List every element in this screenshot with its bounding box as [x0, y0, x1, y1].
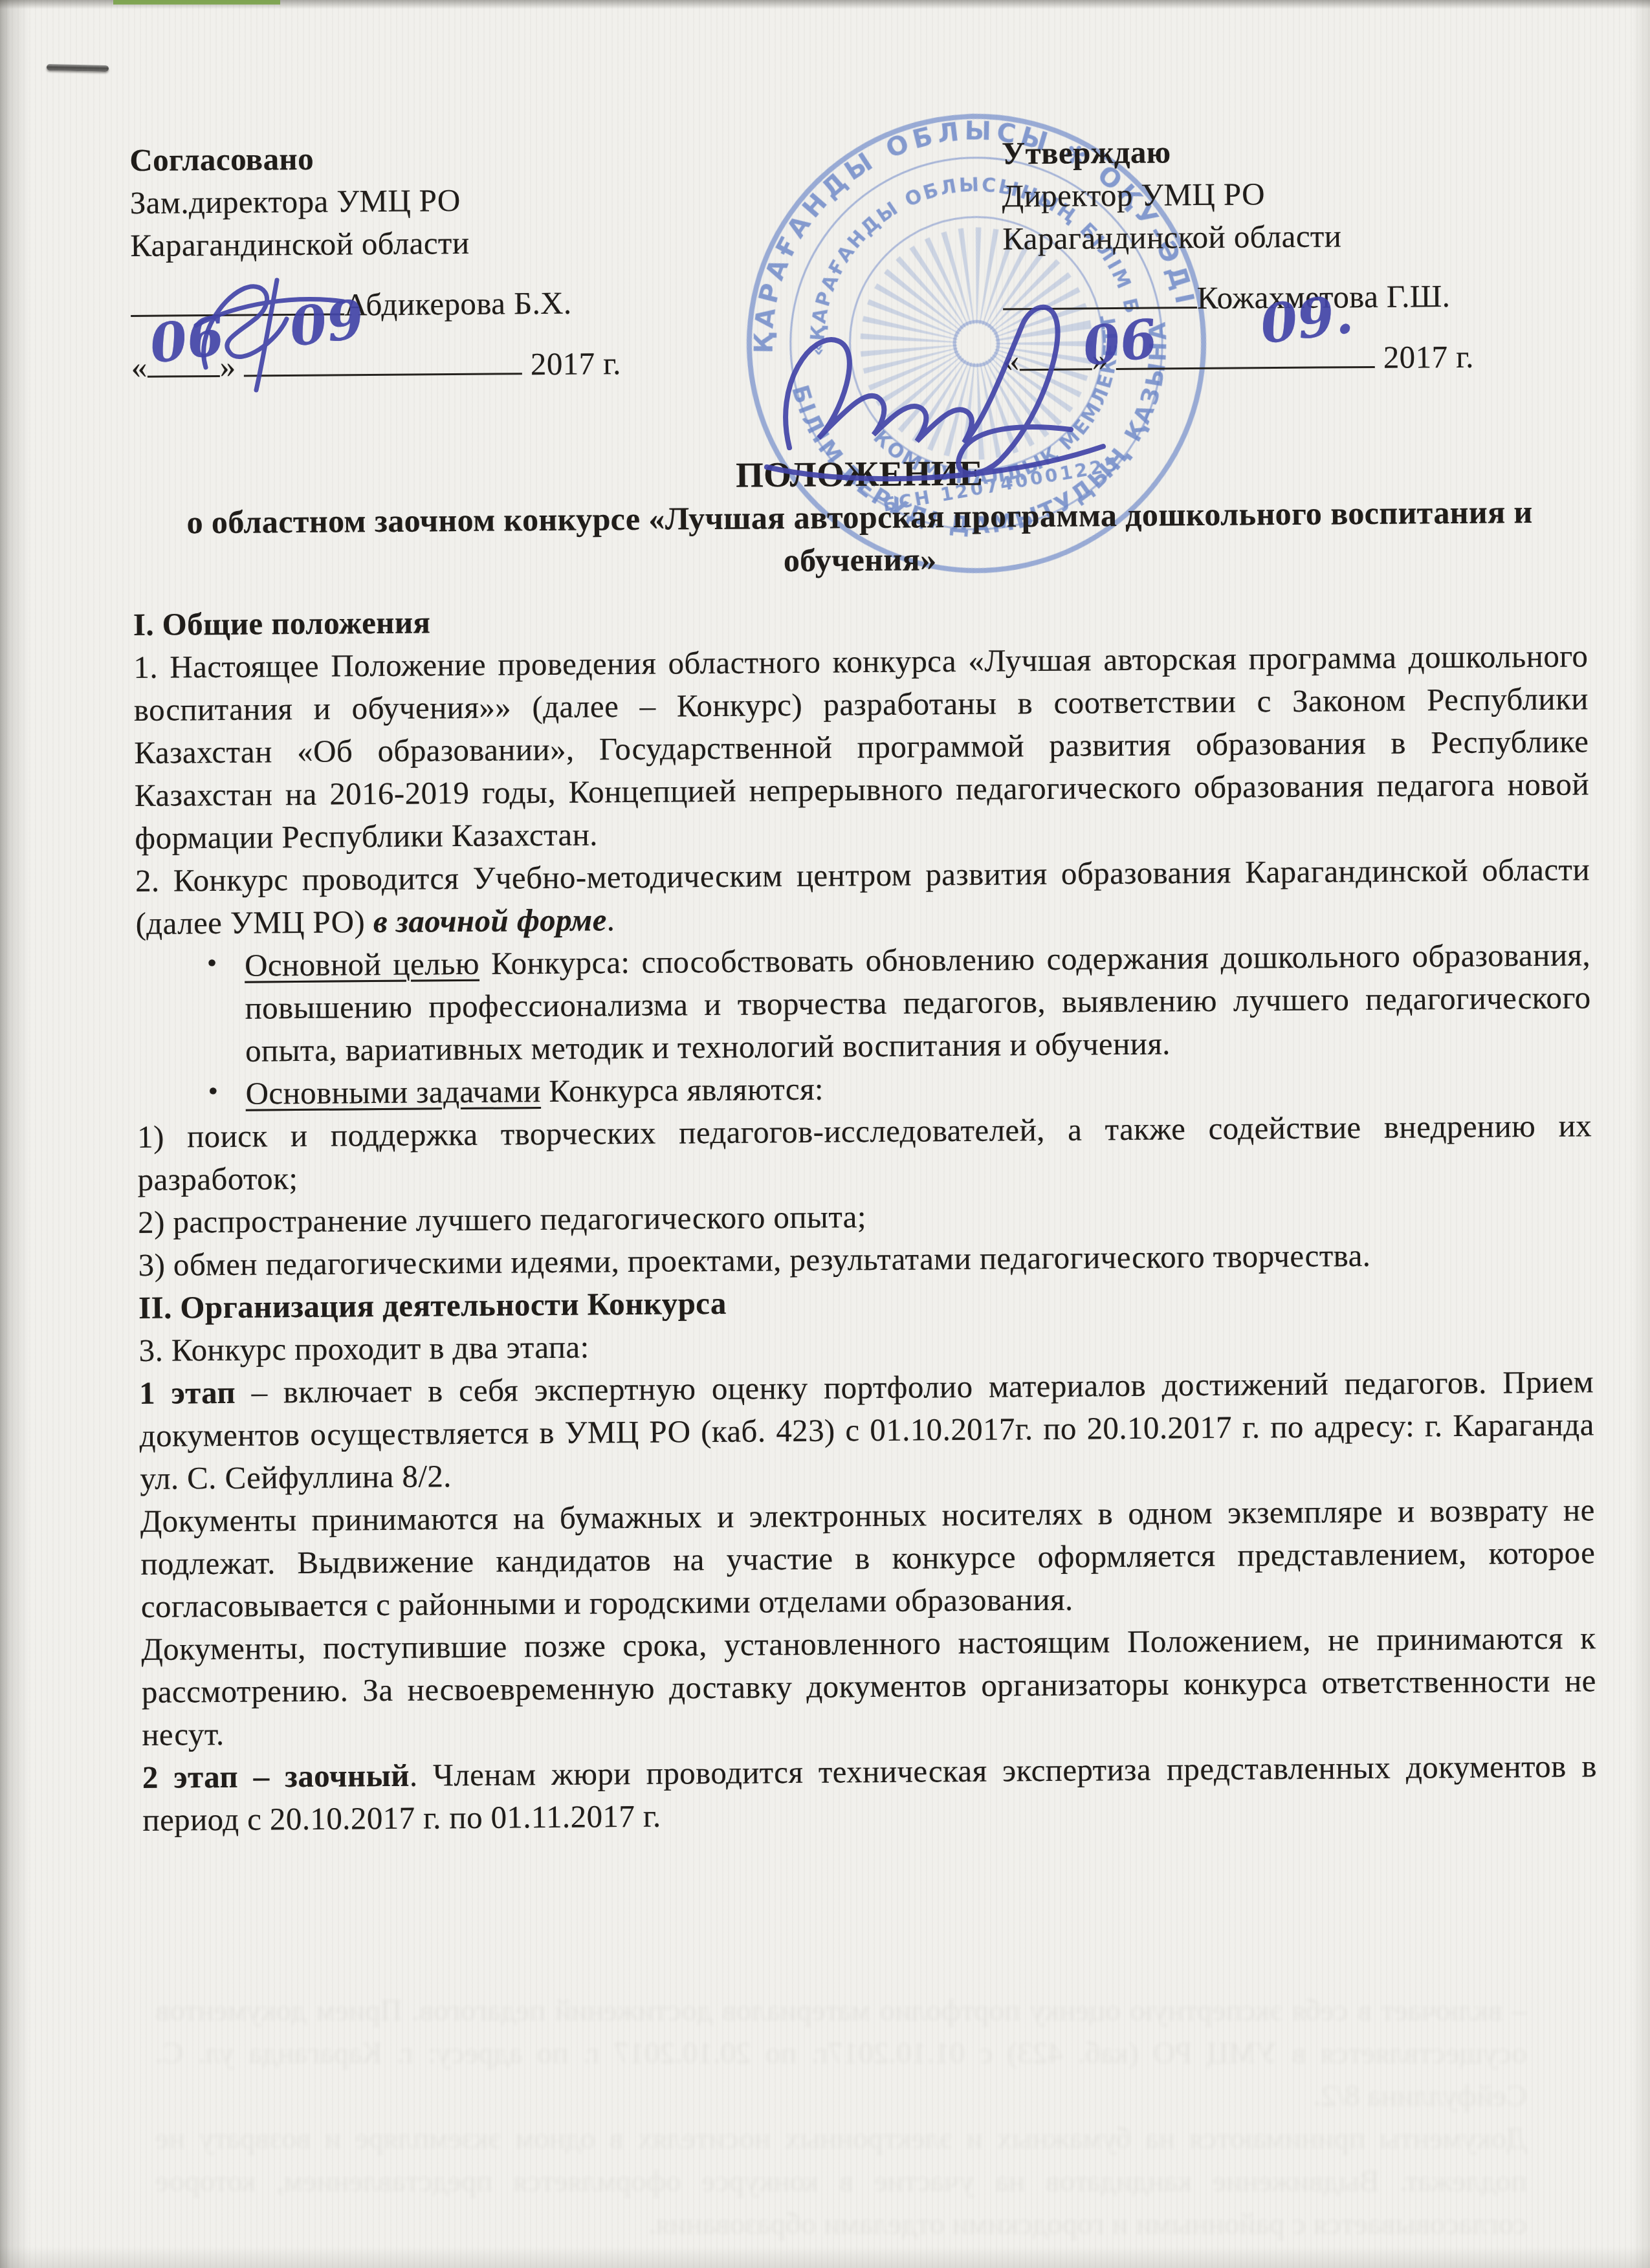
- agreed-org-line1: Зам.директора УМЦ РО: [130, 177, 751, 224]
- task-item-1: 1) поиск и поддержка творческих педагого…: [137, 1104, 1592, 1201]
- scanned-document-page: ҚАРАҒАНДЫ ОБЛЫСЫ ✻ ОҚУ-ӘДІСТЕМЕЛІК БІЛІМ…: [0, 0, 1650, 2268]
- scan-edge-artifact: [113, 0, 280, 5]
- agreed-org-line2: Карагандинской области: [130, 219, 751, 267]
- handwritten-month-left: 09: [287, 288, 368, 358]
- handwritten-day-right: 06: [1080, 307, 1161, 378]
- bullet-icon: •: [207, 942, 217, 985]
- paragraph-5: Документы, поступившие позже срока, уста…: [141, 1617, 1596, 1756]
- paragraph-4: Документы принимаются на бумажных и элек…: [140, 1488, 1596, 1628]
- signature-kozhakhmetova: [728, 254, 1136, 532]
- agreed-year: 2017 г.: [531, 345, 621, 382]
- stage1-text: – включает в себя экспертную оценку порт…: [140, 1364, 1594, 1496]
- stage1-label: 1 этап: [139, 1375, 236, 1411]
- goal-bullet-item: • Основной целью Конкурса: способствоват…: [136, 933, 1591, 1073]
- handwritten-day-left: 06: [147, 305, 228, 375]
- bleedthrough-ghost-text: – включает в себя экспертную оценку порт…: [155, 1989, 1527, 2261]
- paragraph-2-period: .: [606, 902, 615, 937]
- ghost-line: Документы принимаются на бумажных и элек…: [155, 2117, 1527, 2245]
- ghost-line: – включает в себя экспертную оценку порт…: [155, 1989, 1527, 2117]
- approved-year: 2017 г.: [1383, 339, 1474, 375]
- paragraph-2-text: 2. Конкурс проводится Учебно-методически…: [135, 851, 1590, 941]
- staple-mark: [47, 64, 109, 72]
- paragraph-2-emphasis: в заочной форме: [373, 902, 607, 939]
- tasks-label: Основными задачами: [245, 1073, 541, 1111]
- handwritten-month-right: 09.: [1257, 283, 1356, 356]
- stage2-label: 2 этап – заочный: [142, 1758, 410, 1795]
- goal-label: Основной целью: [245, 946, 479, 983]
- paragraph-2: 2. Конкурс проводится Учебно-методически…: [135, 848, 1590, 945]
- stage2-paragraph: 2 этап – заочный. Членам жюри проводится…: [142, 1745, 1598, 1842]
- paragraph-1: 1. Настоящее Положение проведения област…: [133, 635, 1590, 860]
- stage1-paragraph: 1 этап – включает в себя экспертную оцен…: [139, 1360, 1594, 1500]
- agreed-name: Абдикерова Б.Х.: [344, 285, 572, 323]
- open-quote: «: [131, 349, 148, 385]
- tasks-text: Конкурса являются:: [541, 1071, 824, 1109]
- bullet-icon: •: [208, 1070, 218, 1113]
- agreed-label: Согласовано: [129, 134, 751, 182]
- approved-label: Утверждаю: [1002, 127, 1584, 175]
- approved-org-line1: Директор УМЦ РО: [1002, 170, 1584, 217]
